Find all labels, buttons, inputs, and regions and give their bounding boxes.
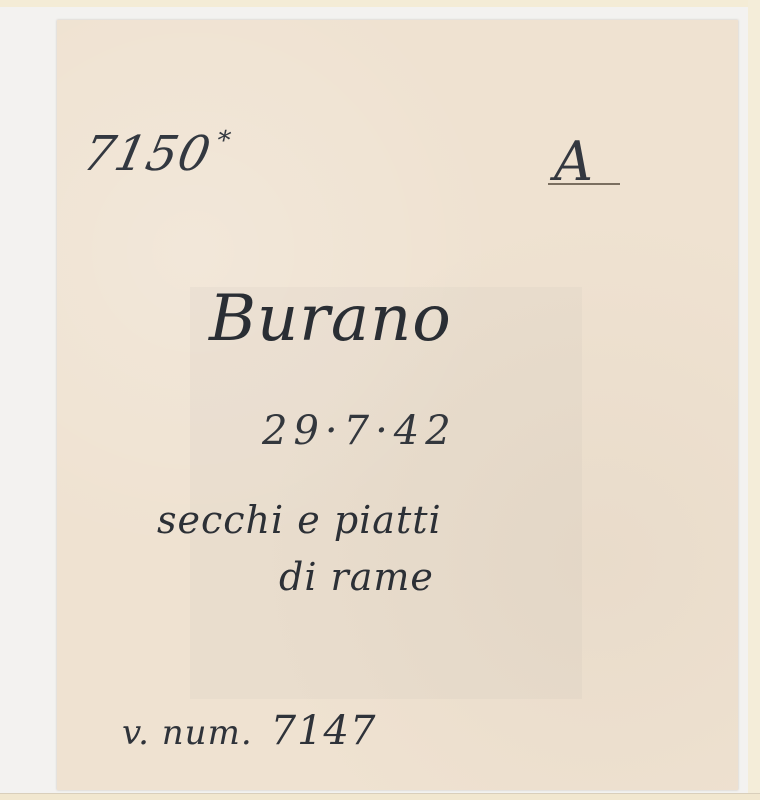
series-letter: A <box>554 130 594 193</box>
mount-top-edge <box>0 0 760 7</box>
place-name: Burano <box>209 282 452 356</box>
catalog-number-value: 7150 <box>78 126 216 182</box>
asterisk-mark: * <box>214 126 234 156</box>
catalog-number: 7150* <box>78 126 234 182</box>
description-line-2: di rame <box>279 555 434 599</box>
mount-right-edge <box>748 0 760 800</box>
index-card: 7150* A Burano 29·7·42 secchi e piatti d… <box>57 20 738 790</box>
cross-reference: v. num.7147 <box>122 708 376 754</box>
series-letter-underline <box>548 183 620 185</box>
date: 29·7·42 <box>262 408 457 454</box>
reference-number: 7147 <box>271 708 377 754</box>
mount-bottom-edge <box>0 793 760 800</box>
reference-prefix: v. num. <box>122 713 253 753</box>
description-line-1: secchi e piatti <box>157 498 442 542</box>
